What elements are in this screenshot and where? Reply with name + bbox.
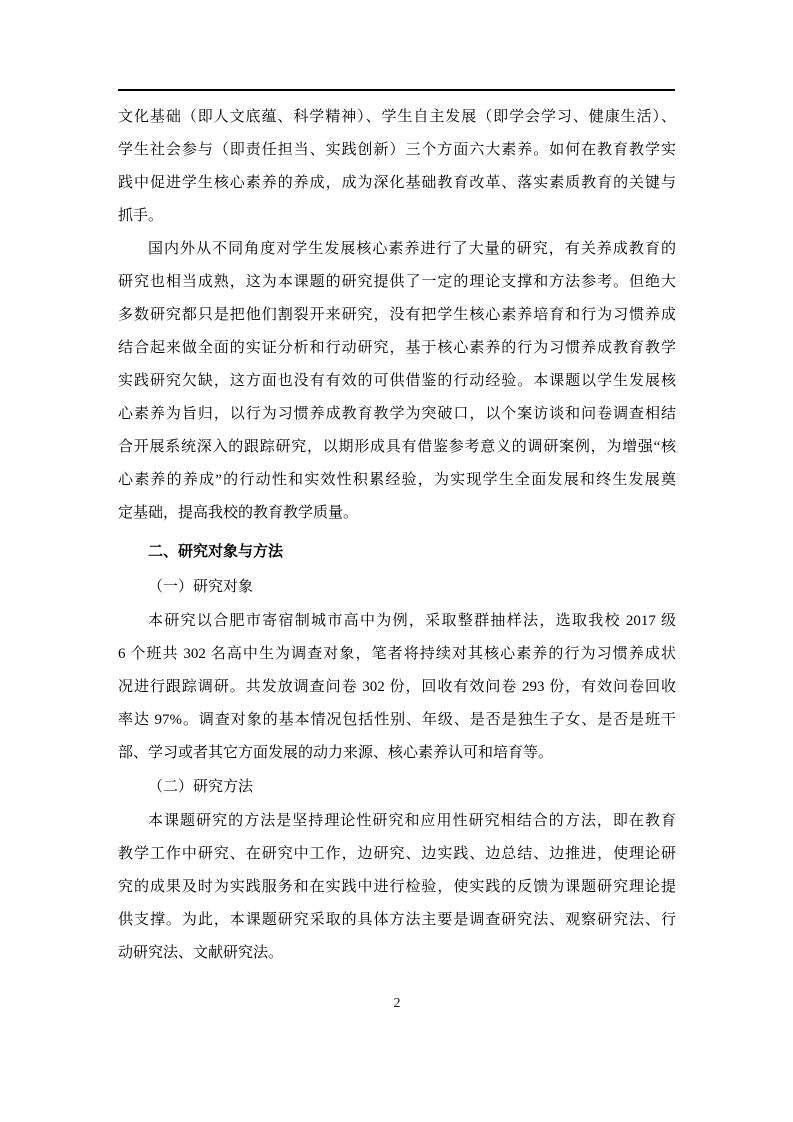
text-line: 多数研究都只是把他们割裂开来研究，没有把学生核心素养培育和行为习惯养成 xyxy=(118,299,676,332)
text-line: 实践研究欠缺，这方面也没有有效的可供借鉴的行动经验。本课题以学生发展核 xyxy=(118,365,676,398)
text-line: 结合起来做全面的实证分析和行动研究，基于核心素养的行为习惯养成教育教学 xyxy=(118,332,676,365)
text-line: （二）研究方法 xyxy=(118,771,676,804)
text-line: 践中促进学生核心素养的养成，成为深化基础教育改革、落实素质教育的关键与 xyxy=(118,167,676,200)
text-line: 率达 97%。调查对象的基本情况包括性别、年级、是否是独生子女、是否是班干 xyxy=(118,704,676,737)
paragraph: 本课题研究的方法是坚持理论性研究和应用性研究相结合的方法，即在教育教学工作中研究… xyxy=(118,805,676,970)
text-line: 教学工作中研究、在研究中工作，边研究、边实践、边总结、边推进，使理论研 xyxy=(118,838,676,871)
paragraph: 国内外从不同角度对学生发展核心素养进行了大量的研究，有关养成教育的研究也相当成熟… xyxy=(118,233,676,530)
text-line: 部、学习或者其它方面发展的动力来源、核心素养认可和培育等。 xyxy=(118,737,676,770)
text-line: 定基础，提高我校的教育教学质量。 xyxy=(118,497,676,530)
text-line: 动研究法、文献研究法。 xyxy=(118,937,676,970)
text-line: 合开展系统深入的跟踪研究，以期形成具有借鉴参考意义的调研案例，为增强“核 xyxy=(118,431,676,464)
text-line: 6 个班共 302 名高中生为调查对象，笔者将持续对其核心素养的行为习惯养成状 xyxy=(118,638,676,671)
subsection-heading: （一）研究对象 xyxy=(118,571,676,604)
page-number: 2 xyxy=(118,996,676,1012)
text-line: （一）研究对象 xyxy=(118,571,676,604)
text-line: 抓手。 xyxy=(118,200,676,233)
text-line: 国内外从不同角度对学生发展核心素养进行了大量的研究，有关养成教育的 xyxy=(118,233,676,266)
text-line: 心素养为旨归，以行为习惯养成教育教学为突破口，以个案访谈和问卷调查相结 xyxy=(118,398,676,431)
document-body: 文化基础（即人文底蕴、科学精神）、学生自主发展（即学会学习、健康生活）、学生社会… xyxy=(118,101,676,970)
paragraph: 本研究以合肥市寄宿制城市高中为例，采取整群抽样法，选取我校 2017 级6 个班… xyxy=(118,605,676,770)
paragraph: 文化基础（即人文底蕴、科学精神）、学生自主发展（即学会学习、健康生活）、学生社会… xyxy=(118,101,676,233)
header-rule xyxy=(118,89,675,91)
text-line: 况进行跟踪调研。共发放调查问卷 302 份，回收有效问卷 293 份，有效问卷回… xyxy=(118,671,676,704)
text-line: 二、研究对象与方法 xyxy=(118,536,676,569)
text-line: 本研究以合肥市寄宿制城市高中为例，采取整群抽样法，选取我校 2017 级 xyxy=(118,605,676,638)
text-line: 供支撑。为此，本课题研究采取的具体方法主要是调查研究法、观察研究法、行 xyxy=(118,904,676,937)
text-line: 学生社会参与（即责任担当、实践创新）三个方面六大素养。如何在教育教学实 xyxy=(118,134,676,167)
text-line: 研究也相当成熟，这为本课题的研究提供了一定的理论支撑和方法参考。但绝大 xyxy=(118,266,676,299)
document-page: 文化基础（即人文底蕴、科学精神）、学生自主发展（即学会学习、健康生活）、学生社会… xyxy=(0,0,793,1122)
subsection-heading: （二）研究方法 xyxy=(118,771,676,804)
text-line: 本课题研究的方法是坚持理论性研究和应用性研究相结合的方法，即在教育 xyxy=(118,805,676,838)
text-line: 文化基础（即人文底蕴、科学精神）、学生自主发展（即学会学习、健康生活）、 xyxy=(118,101,676,134)
text-line: 心素养的养成”的行动性和实效性积累经验，为实现学生全面发展和终生发展奠 xyxy=(118,464,676,497)
section-heading: 二、研究对象与方法 xyxy=(118,536,676,569)
text-line: 究的成果及时为实践服务和在实践中进行检验，使实践的反馈为课题研究理论提 xyxy=(118,871,676,904)
